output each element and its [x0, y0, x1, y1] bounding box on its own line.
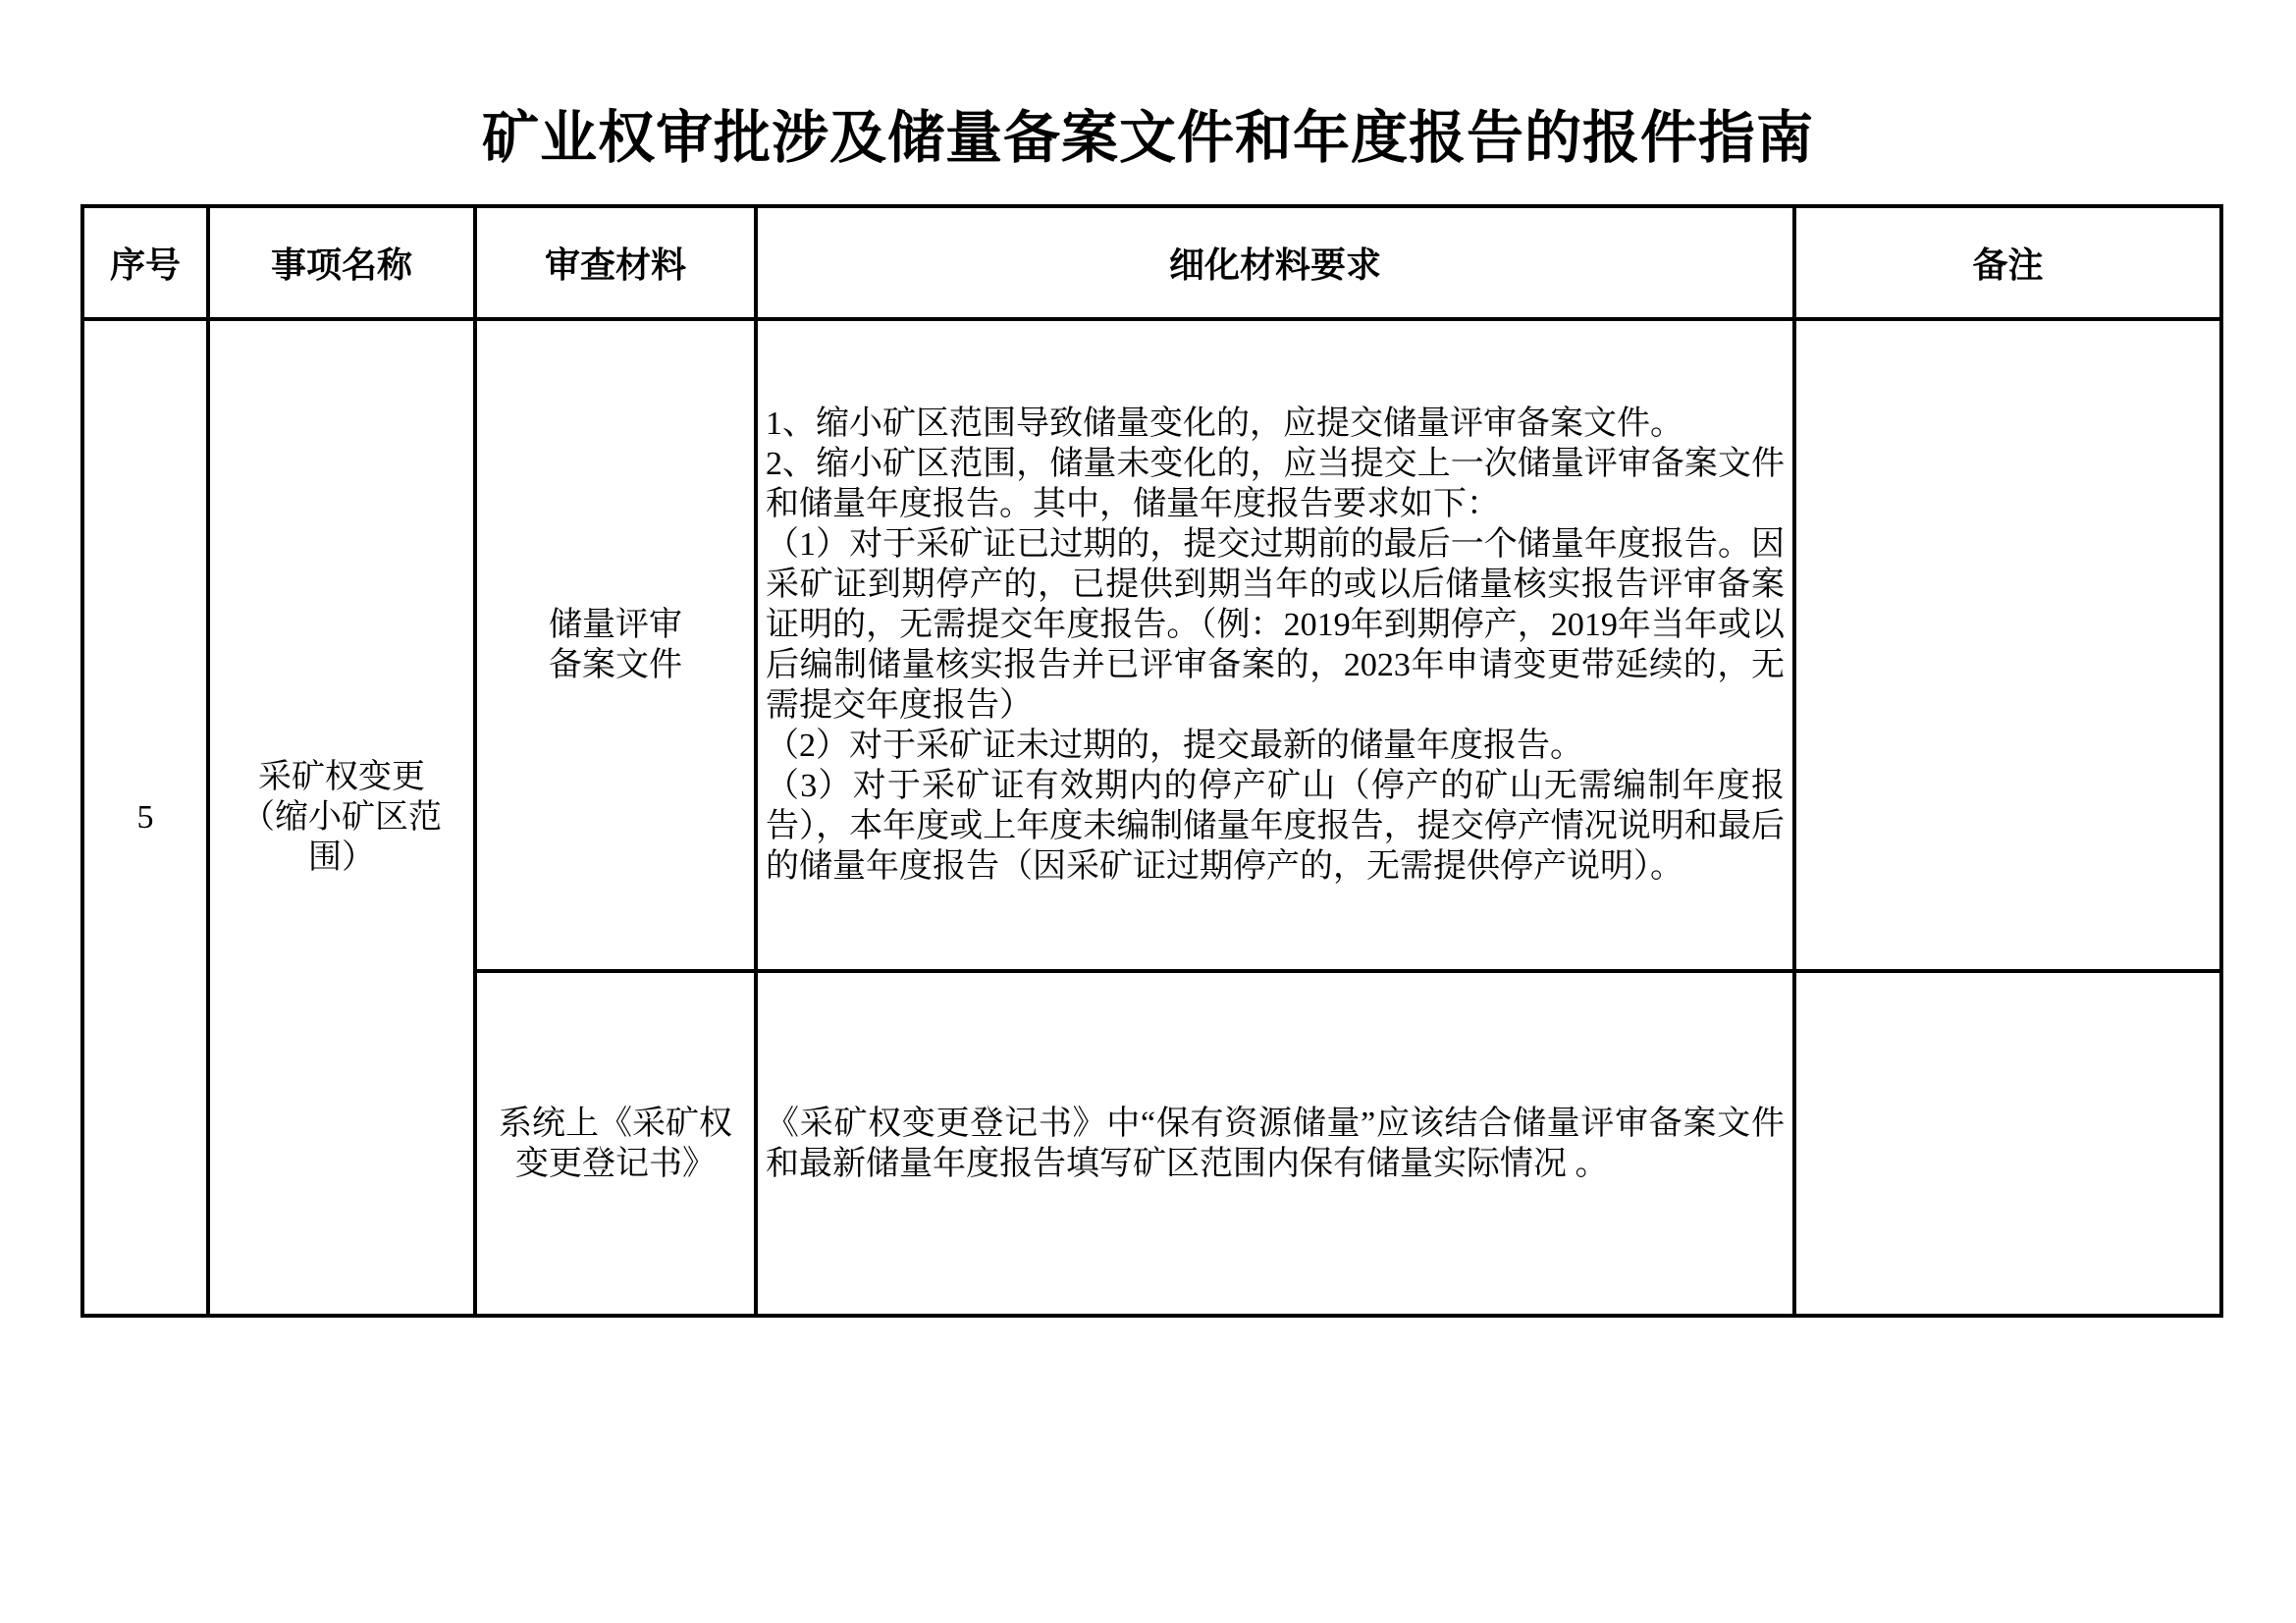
requirement-paragraph: （3）对于采矿证有效期内的停产矿山（停产的矿山无需编制年度报告），本年度或上年度… — [766, 766, 1785, 887]
text-line: 备案文件 — [481, 645, 750, 685]
cell-remark-1 — [1794, 319, 2221, 971]
text-line: 围） — [214, 838, 469, 878]
requirement-paragraph: （1）对于采矿证已过期的，提交过期前的最后一个储量年度报告。因采矿证到期停产的，… — [766, 524, 1785, 726]
cell-item-name: 采矿权变更（缩小矿区范围） — [208, 319, 475, 1316]
requirement-paragraph: 1、缩小矿区范围导致储量变化的，应提交储量评审备案文件。 — [766, 404, 1785, 444]
cell-requirements-2: 《采矿权变更登记书》中“保有资源储量”应该结合储量评审备案文件和最新储量年度报告… — [756, 971, 1794, 1316]
column-header-serial-number: 序号 — [82, 206, 208, 319]
cell-review-material-2: 系统上《采矿权变更登记书》 — [475, 971, 756, 1316]
table-header-row: 序号 事项名称 审查材料 细化材料要求 备注 — [82, 206, 2221, 319]
text-line: 系统上《采矿权 — [481, 1104, 750, 1144]
text-line: 采矿权变更 — [214, 757, 469, 797]
requirement-paragraph: 《采矿权变更登记书》中“保有资源储量”应该结合储量评审备案文件和最新储量年度报告… — [766, 1104, 1785, 1184]
cell-serial-number: 5 — [82, 319, 208, 1316]
cell-remark-2 — [1794, 971, 2221, 1316]
document-page: { "page": { "title": "矿业权审批涉及储量备案文件和年度报告… — [0, 0, 2296, 1623]
column-header-detailed-requirements: 细化材料要求 — [756, 206, 1794, 319]
cell-requirements-1: 1、缩小矿区范围导致储量变化的，应提交储量评审备案文件。2、缩小矿区范围，储量未… — [756, 319, 1794, 971]
column-header-item-name: 事项名称 — [208, 206, 475, 319]
requirement-paragraph: 2、缩小矿区范围，储量未变化的，应当提交上一次储量评审备案文件和储量年度报告。其… — [766, 444, 1785, 524]
requirement-paragraph: （2）对于采矿证未过期的，提交最新的储量年度报告。 — [766, 726, 1785, 766]
guide-table: 序号 事项名称 审查材料 细化材料要求 备注 5 采矿权变更（缩小矿区范围） 储… — [80, 204, 2223, 1318]
cell-review-material-1: 储量评审备案文件 — [475, 319, 756, 971]
page-title: 矿业权审批涉及储量备案文件和年度报告的报件指南 — [0, 104, 2296, 173]
column-header-review-material: 审查材料 — [475, 206, 756, 319]
text-line: （缩小矿区范 — [214, 797, 469, 838]
text-line: 变更登记书》 — [481, 1144, 750, 1184]
column-header-remark: 备注 — [1794, 206, 2221, 319]
table-row: 5 采矿权变更（缩小矿区范围） 储量评审备案文件 1、缩小矿区范围导致储量变化的… — [82, 319, 2221, 971]
text-line: 储量评审 — [481, 605, 750, 645]
